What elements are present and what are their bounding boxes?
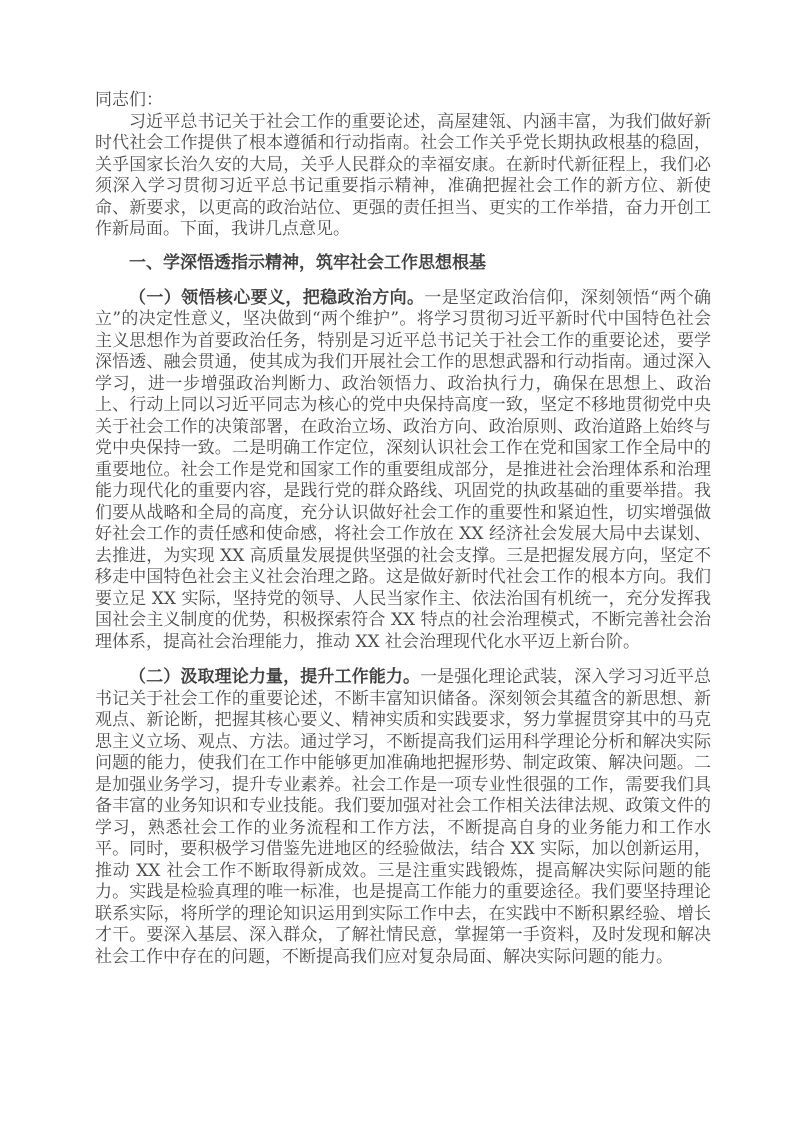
salutation: 同志们： [95, 90, 711, 112]
paragraph-1-lead: （一）领悟核心要义，把稳政治方向。 [129, 288, 424, 308]
paragraph-1: （一）领悟核心要义，把稳政治方向。一是坚定政治信仰，深刻领悟“两个确立”的决定性… [95, 288, 711, 654]
paragraph-2-lead: （二）汲取理论力量，提升工作能力。 [129, 667, 420, 687]
intro-paragraph: 习近平总书记关于社会工作的重要论述，高屋建瓴、内涵丰富，为我们做好新时代社会工作… [95, 112, 711, 241]
paragraph-1-body: 一是坚定政治信仰，深刻领悟“两个确立”的决定性意义，坚决做到“两个维护”。将学习… [95, 288, 711, 652]
section-heading: 一、学深悟透指示精神，筑牢社会工作思想根基 [95, 252, 711, 274]
paragraph-2-body: 一是强化理论武装，深入学习习近平总书记关于社会工作的重要论述，不断丰富知识储备。… [95, 667, 711, 967]
paragraph-2: （二）汲取理论力量，提升工作能力。一是强化理论武装，深入学习习近平总书记关于社会… [95, 667, 711, 968]
document-page: 同志们： 习近平总书记关于社会工作的重要论述，高屋建瓴、内涵丰富，为我们做好新时… [0, 0, 793, 1122]
